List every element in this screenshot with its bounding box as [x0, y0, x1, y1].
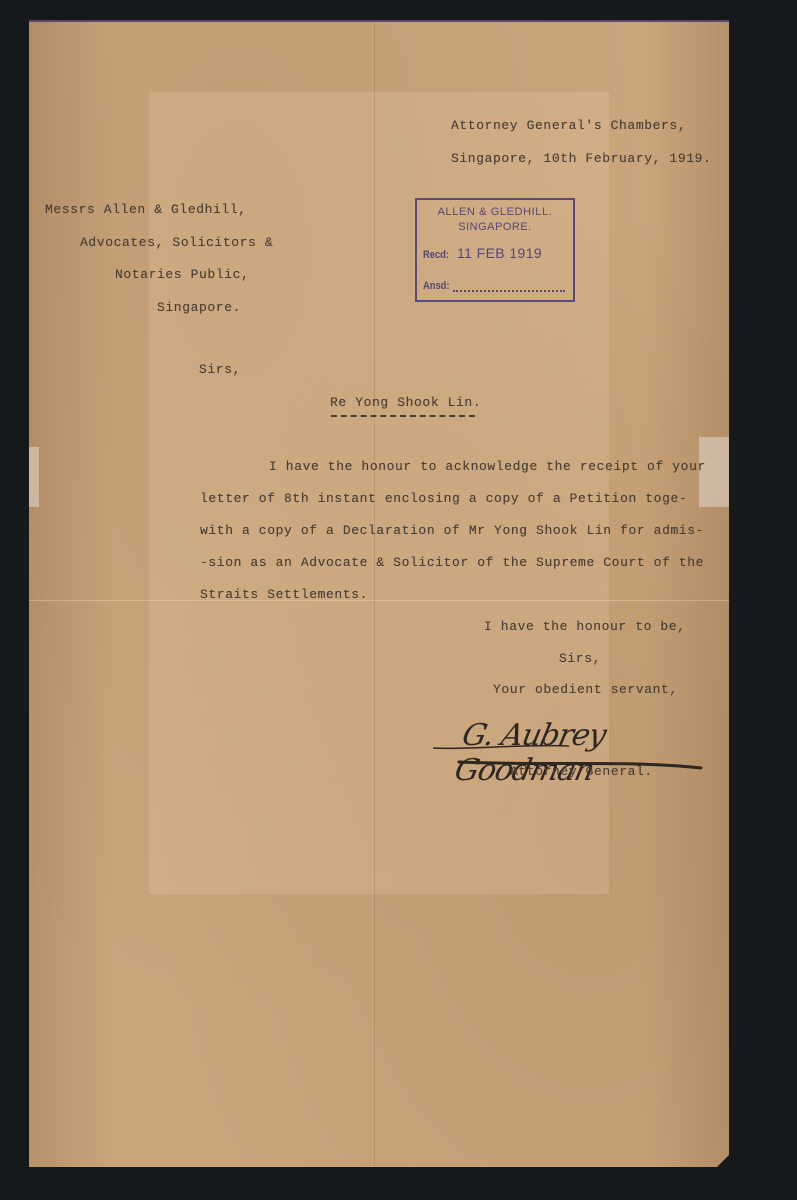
stamp-firm-name: ALLEN & GLEDHILL.	[417, 206, 573, 218]
salutation: Sirs,	[199, 362, 241, 377]
body-line-3: with a copy of a Declaration of Mr Yong …	[200, 523, 704, 538]
subject-underline	[331, 415, 475, 417]
addressee-line-2: Advocates, Solicitors &	[80, 235, 273, 250]
subject-line: Re Yong Shook Lin.	[330, 395, 481, 410]
signatory-title: Attorney General.	[510, 764, 653, 779]
addressee-line-4: Singapore.	[157, 300, 241, 315]
body-line-2: letter of 8th instant enclosing a copy o…	[200, 491, 687, 506]
vertical-fold-line	[374, 22, 375, 1167]
closing-line-1: I have the honour to be,	[484, 619, 686, 634]
body-line-4: -sion as an Advocate & Solicitor of the …	[200, 555, 704, 570]
stamp-city: SINGAPORE.	[417, 221, 573, 233]
stamp-recd-label: Recd:	[423, 249, 449, 261]
torn-corner	[717, 1155, 729, 1167]
horizontal-fold-line	[29, 600, 729, 601]
stamp-ansd-label: Ansd:	[423, 280, 449, 292]
header-line-1: Attorney General's Chambers,	[451, 118, 686, 133]
tape-mark-left	[29, 447, 39, 507]
closing-line-3: Your obedient servant,	[493, 682, 678, 697]
received-stamp: ALLEN & GLEDHILL. SINGAPORE. Recd: 11 FE…	[415, 198, 575, 302]
body-line-1: I have the honour to acknowledge the rec…	[269, 459, 706, 474]
body-line-5: Straits Settlements.	[200, 587, 368, 602]
stamp-recd-date: 11 FEB 1919	[457, 245, 542, 261]
addressee-line-3: Notaries Public,	[115, 267, 249, 282]
closing-line-2: Sirs,	[559, 651, 601, 666]
letter-page: Attorney General's Chambers, Singapore, …	[29, 20, 729, 1167]
addressee-line-1: Messrs Allen & Gledhill,	[45, 202, 247, 217]
stamp-ansd-dotted-line	[453, 290, 565, 292]
header-line-2: Singapore, 10th February, 1919.	[451, 151, 711, 166]
